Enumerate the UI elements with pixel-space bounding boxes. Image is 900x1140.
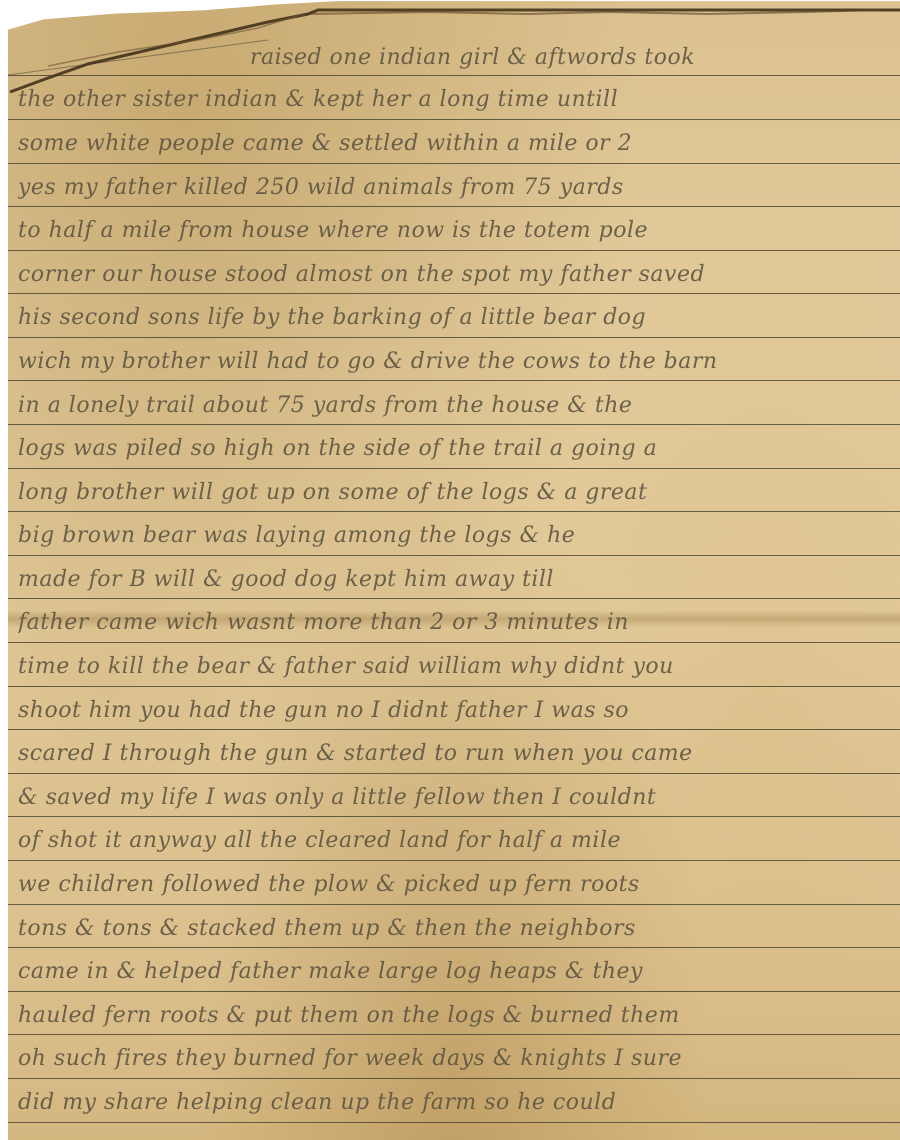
handwritten-line: corner our house stood almost on the spo… [18, 255, 888, 295]
handwritten-line: father came wich wasnt more than 2 or 3 … [18, 603, 888, 643]
handwritten-line: big brown bear was laying among the logs… [18, 516, 888, 556]
handwritten-line: long brother will got up on some of the … [18, 473, 888, 513]
handwritten-line: scared I through the gun & started to ru… [18, 734, 888, 774]
handwritten-line: time to kill the bear & father said will… [18, 647, 888, 687]
handwritten-line: & saved my life I was only a little fell… [18, 778, 888, 818]
handwritten-line: some white people came & settled within … [18, 124, 888, 164]
handwritten-line: we children followed the plow & picked u… [18, 865, 888, 905]
handwritten-line: did my share helping clean up the farm s… [18, 1083, 888, 1123]
handwritten-line: tons & tons & stacked them up & then the… [18, 909, 888, 949]
handwritten-line: of shot it anyway all the cleared land f… [18, 821, 888, 861]
handwritten-line: made for B will & good dog kept him away… [18, 560, 888, 600]
handwritten-line: to half a mile from house where now is t… [18, 211, 888, 251]
handwritten-line: shoot him you had the gun no I didnt fat… [18, 691, 888, 731]
handwritten-line: the other sister indian & kept her a lon… [18, 80, 888, 120]
handwritten-line: oh such fires they burned for week days … [18, 1039, 888, 1079]
handwritten-line: came in & helped father make large log h… [18, 952, 888, 992]
handwritten-line: raised one indian girl & aftwords took [250, 38, 890, 78]
handwritten-line: hauled fern roots & put them on the logs… [18, 996, 888, 1036]
handwritten-line: in a lonely trail about 75 yards from th… [18, 386, 888, 426]
handwritten-line: his second sons life by the barking of a… [18, 298, 888, 338]
handwritten-line: yes my father killed 250 wild animals fr… [18, 168, 888, 208]
handwritten-line: logs was piled so high on the side of th… [18, 429, 888, 469]
handwritten-line: wich my brother will had to go & drive t… [18, 342, 888, 382]
